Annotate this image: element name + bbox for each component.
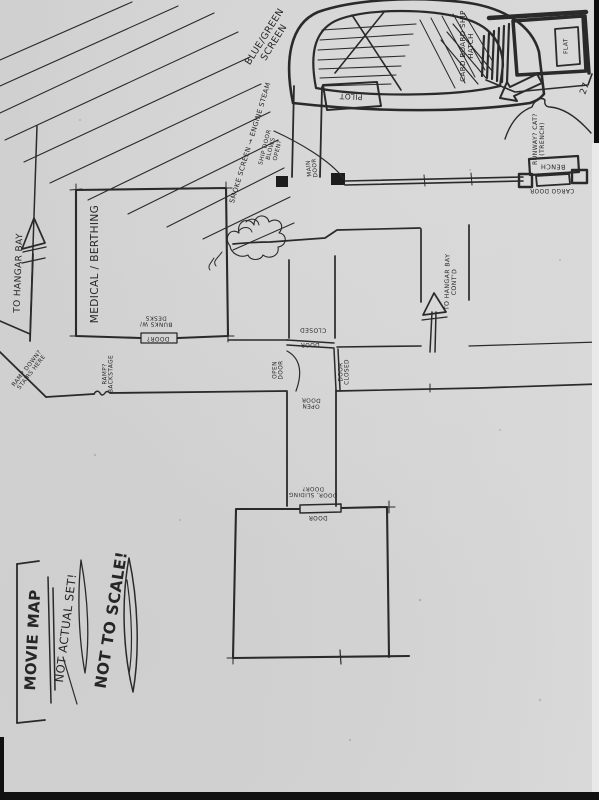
long-wall bbox=[345, 173, 523, 186]
label-bunks-desk: BUNKS W/ DESKS bbox=[130, 313, 182, 327]
label-cargo-door: CARGO DOOR bbox=[522, 187, 582, 193]
label-ramp-backstage: RAMP? BACKSTAGE bbox=[103, 346, 116, 402]
label-closed: CLOSED bbox=[291, 325, 335, 332]
label-flat: FLAT bbox=[563, 31, 571, 61]
label-sliding-door: DOOR, SLIDING DOOR? bbox=[284, 484, 342, 498]
label-runway-trench: RUNWAY? CAT? (TRENCH) bbox=[533, 113, 547, 165]
label-door-closed-east: DOOR CLOSED bbox=[339, 351, 352, 393]
label-south-door: DOOR bbox=[301, 514, 335, 520]
label-cardboard-ship-hatch: CARD BOARD SHIP HATCH bbox=[460, 4, 476, 88]
bench-sketch bbox=[519, 156, 587, 187]
label-medical-berthing: MEDICAL / BERTHING bbox=[90, 189, 102, 339]
label-bench: BENCH bbox=[533, 162, 573, 170]
label-open-door-west: OPEN DOOR bbox=[273, 354, 286, 386]
label-main-door: MAIN DOOR bbox=[305, 153, 321, 182]
bottom-room-outline bbox=[227, 501, 409, 664]
label-to-hangar-bay-contd: TO HANGAR BAY CONT'D bbox=[444, 249, 459, 315]
label-open-door-south: OPEN DOOR bbox=[295, 395, 327, 409]
scanned-movie-map: BLUE/GREEN SCREEN CARD BOARD SHIP HATCH … bbox=[0, 0, 599, 800]
label-medical-door: DOOR? bbox=[138, 335, 178, 341]
label-door-top: DOOR bbox=[293, 341, 327, 347]
